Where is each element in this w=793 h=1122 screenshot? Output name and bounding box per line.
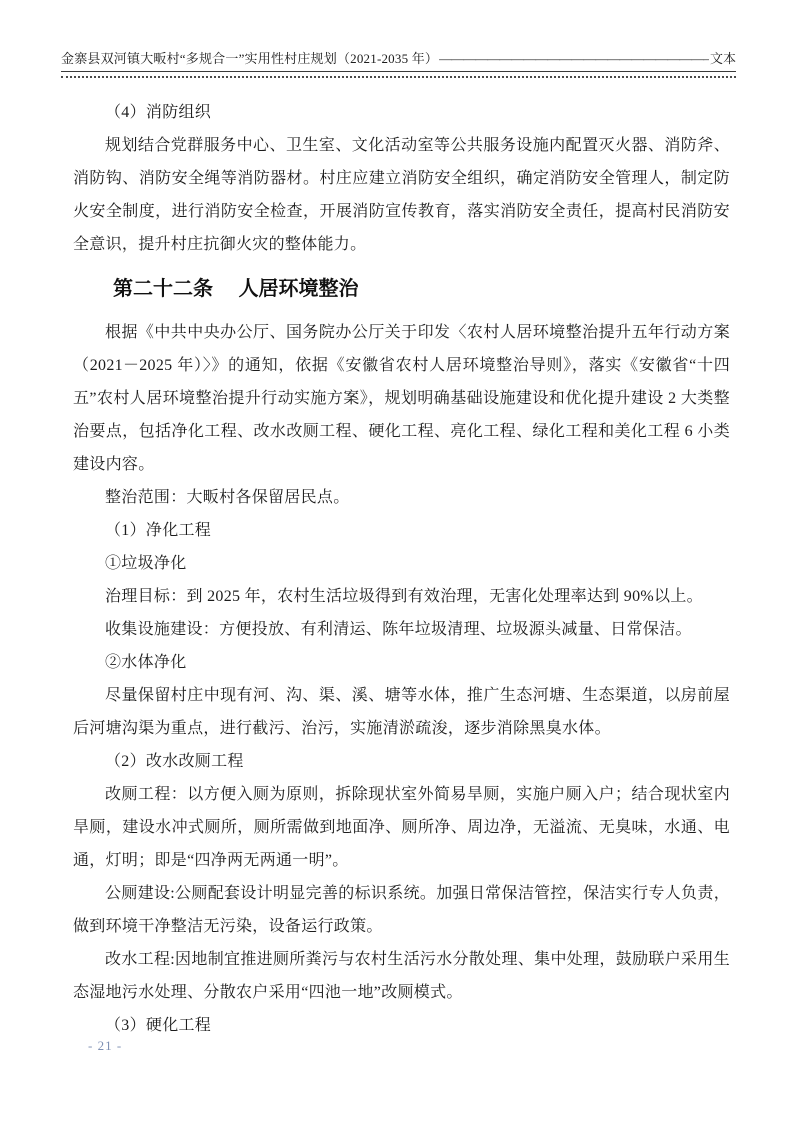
paragraph: 根据《中共中央办公厅、国务院办公厅关于印发〈农村人居环境整治提升五年行动方案（2… (73, 316, 730, 481)
paragraph: 改厕工程：以方便入厕为原则，拆除现状室外简易旱厕，实施户厕入户；结合现状室内旱厕… (73, 778, 730, 877)
paragraph: 尽量保留村庄中现有河、沟、渠、溪、塘等水体，推广生态河塘、生态渠道，以房前屋后河… (73, 679, 730, 745)
document-body: （4）消防组织规划结合党群服务中心、卫生室、文化活动室等公共服务设施内配置灭火器… (73, 96, 730, 1042)
paragraph: （3）硬化工程 (73, 1009, 730, 1042)
header-rule (61, 76, 736, 78)
paragraph: （4）消防组织 (73, 96, 730, 129)
paragraph: （2）改水改厕工程 (73, 745, 730, 778)
paragraph: ②水体净化 (73, 646, 730, 679)
header-title: 金寨县双河镇大畈村“多规合一”实用性村庄规划（2021-2035 年） (61, 50, 438, 68)
paragraph: 治理目标：到 2025 年，农村生活垃圾得到有效治理，无害化处理率达到 90%以… (73, 580, 730, 613)
paragraph: 公厕建设:公厕配套设计明显完善的标识系统。加强日常保洁管控，保洁实行专人负责，做… (73, 877, 730, 943)
page-header: 金寨县双河镇大畈村“多规合一”实用性村庄规划（2021-2035 年） ————… (61, 50, 736, 78)
page-number: - 21 - (88, 1038, 122, 1054)
paragraph: 规划结合党群服务中心、卫生室、文化活动室等公共服务设施内配置灭火器、消防斧、消防… (73, 129, 730, 261)
header-doc-type-label: 文本 (710, 50, 736, 68)
section-heading: 第二十二条 人居环境整治 (73, 274, 730, 305)
page-header-row: 金寨县双河镇大畈村“多规合一”实用性村庄规划（2021-2035 年） ————… (61, 50, 736, 72)
paragraph: ①垃圾净化 (73, 547, 730, 580)
paragraph: 整治范围：大畈村各保留居民点。 (73, 481, 730, 514)
paragraph: 改水工程:因地制宜推进厕所粪污与农村生活污水分散处理、集中处理，鼓励联户采用生态… (73, 943, 730, 1009)
paragraph: 收集设施建设：方便投放、有利清运、陈年垃圾清理、垃圾源头减量、日常保洁。 (73, 613, 730, 646)
document-page: 金寨县双河镇大畈村“多规合一”实用性村庄规划（2021-2035 年） ————… (0, 0, 793, 1122)
header-dash-line: ———————————————————————————— (439, 50, 709, 68)
paragraph: （1）净化工程 (73, 514, 730, 547)
